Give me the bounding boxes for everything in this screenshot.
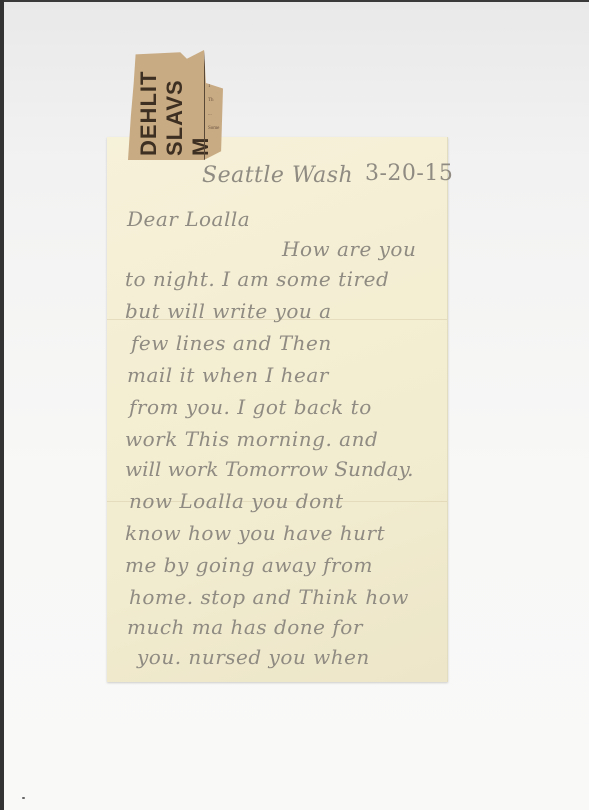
clipping-small-print: 1 Th ... Some: [208, 80, 219, 136]
salutation: Dear Loalla: [127, 207, 250, 231]
body-line: know how you have hurt: [125, 521, 385, 545]
clipping-line: SLAVS: [162, 79, 187, 156]
body-line: mail it when I hear: [127, 363, 329, 387]
body-line: How are you: [282, 237, 416, 261]
clipping-headline: DEHLIT SLAVS M: [136, 56, 206, 156]
body-line: now Loalla you dont: [129, 489, 344, 513]
letter-page: Seattle Wash 3-20-15 Dear Loalla How are…: [107, 137, 448, 682]
body-line: me by going away from: [125, 553, 373, 577]
clipping-small-line: Some: [208, 122, 219, 136]
body-line: much ma has done for: [127, 615, 363, 639]
body-line: you. nursed you when: [137, 645, 370, 669]
body-line: few lines and Then: [131, 331, 332, 355]
body-line: but will write you a: [125, 299, 332, 323]
body-line: work This morning. and: [125, 427, 378, 451]
dust-speck: [22, 797, 25, 799]
body-line: to night. I am some tired: [125, 267, 389, 291]
body-line: home. stop and Think how: [129, 585, 409, 609]
clipping-small-line: ...: [208, 108, 219, 122]
letter-place: Seattle Wash: [202, 163, 353, 188]
clipping-line: DEHLIT: [136, 71, 161, 156]
clipping-column-rule: [204, 50, 205, 160]
body-line: will work Tomorrow Sunday.: [125, 457, 414, 481]
body-line: from you. I got back to: [129, 395, 372, 419]
letter-date: 3-20-15: [365, 161, 453, 186]
clipping-line: M: [188, 137, 213, 156]
clipping-small-line: Th: [208, 94, 219, 108]
